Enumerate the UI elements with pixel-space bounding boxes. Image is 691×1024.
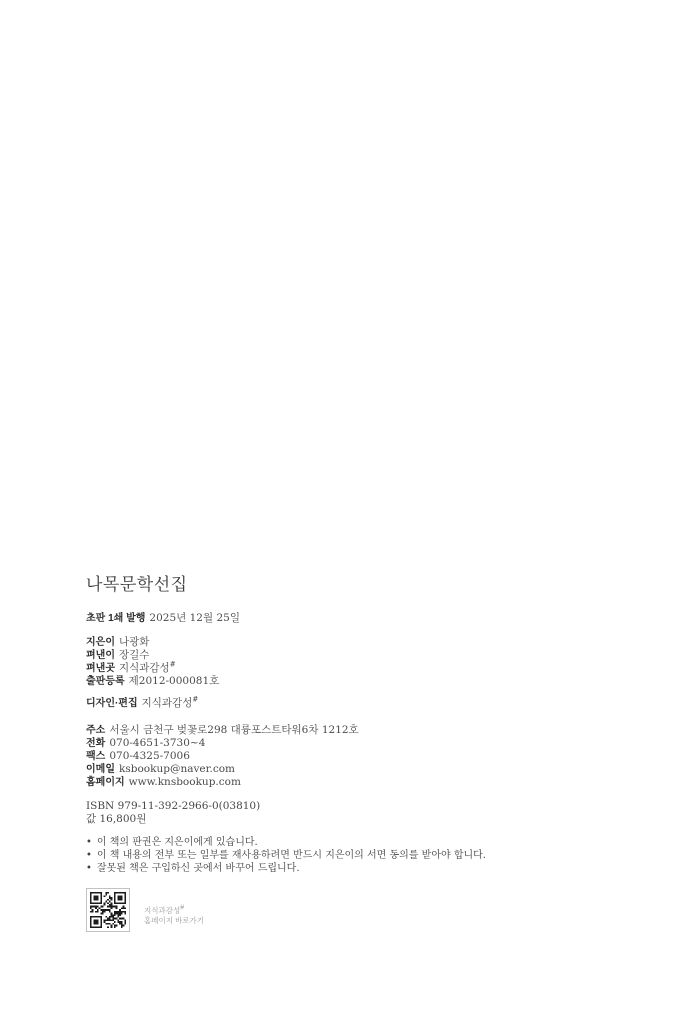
homepage-label: 홈페이지 bbox=[86, 777, 125, 788]
design-label: 디자인·편집 bbox=[86, 698, 138, 709]
notices-block: 이 책의 판권은 지은이에게 있습니다. 이 책 내용의 전부 또는 일부를 재… bbox=[86, 836, 486, 875]
credits-block: 지은이나광화 펴낸이장길수 펴낸곳지식과감성# 출판등록제2012-000081… bbox=[86, 636, 219, 688]
phone-label: 전화 bbox=[86, 738, 105, 749]
email-value: ksbookup@naver.com bbox=[119, 763, 235, 775]
edition-value: 2025년 12월 25일 bbox=[149, 612, 240, 624]
author-label: 지은이 bbox=[86, 637, 115, 648]
isbn-line: ISBN 979-11-392-2966-0(03810) bbox=[86, 800, 260, 813]
notice-reuse: 이 책 내용의 전부 또는 일부를 재사용하려면 반드시 지은이의 서면 동의를… bbox=[86, 849, 486, 862]
qr-caption-link-text: 홈페이지 바로가기 bbox=[144, 916, 204, 925]
design-value: 지식과감성 bbox=[142, 697, 193, 709]
phone-value: 070-4651-3730~4 bbox=[109, 737, 205, 749]
publishing-house-label: 펴낸곳 bbox=[86, 663, 115, 674]
contact-row-address: 주소서울시 금천구 벚꽃로298 대륭포스트타워6차 1212호 bbox=[86, 724, 359, 737]
contact-row-phone: 전화070-4651-3730~4 bbox=[86, 737, 359, 750]
colophon-page: 나목문학선집 초판 1쇄 발행2025년 12월 25일 지은이나광화 펴낸이장… bbox=[0, 0, 691, 1024]
registration-label: 출판등록 bbox=[86, 676, 125, 687]
fax-label: 팩스 bbox=[86, 751, 105, 762]
book-title: 나목문학선집 bbox=[86, 570, 188, 595]
isbn-block: ISBN 979-11-392-2966-0(03810) 값 16,800원 bbox=[86, 800, 260, 826]
credit-row-author: 지은이나광화 bbox=[86, 636, 219, 649]
notice-exchange: 잘못된 책은 구입하신 곳에서 바꾸어 드립니다. bbox=[86, 862, 486, 875]
publisher-person-label: 펴낸이 bbox=[86, 650, 115, 661]
design-line: 디자인·편집지식과감성# bbox=[86, 697, 198, 710]
design-mark: # bbox=[192, 696, 198, 704]
contact-block: 주소서울시 금천구 벚꽃로298 대륭포스트타워6차 1212호 전화070-4… bbox=[86, 724, 359, 789]
contact-row-email: 이메일ksbookup@naver.com bbox=[86, 763, 359, 776]
qr-code-image bbox=[90, 892, 126, 928]
price-line: 값 16,800원 bbox=[86, 813, 260, 826]
qr-caption-brand-mark: # bbox=[180, 905, 184, 912]
publishing-house-value: 지식과감성 bbox=[119, 662, 170, 674]
edition-line: 초판 1쇄 발행2025년 12월 25일 bbox=[86, 612, 240, 625]
credit-row-registration: 출판등록제2012-000081호 bbox=[86, 675, 219, 688]
fax-value: 070-4325-7006 bbox=[109, 750, 190, 762]
address-label: 주소 bbox=[86, 725, 105, 736]
author-value: 나광화 bbox=[119, 636, 149, 648]
qr-code bbox=[86, 888, 130, 932]
homepage-value: www.knsbookup.com bbox=[129, 776, 241, 788]
publisher-person-value: 장길수 bbox=[119, 649, 149, 661]
email-label: 이메일 bbox=[86, 764, 115, 775]
address-value: 서울시 금천구 벚꽃로298 대륭포스트타워6차 1212호 bbox=[109, 724, 358, 736]
registration-value: 제2012-000081호 bbox=[129, 675, 220, 687]
publishing-house-mark: # bbox=[170, 661, 176, 669]
contact-row-fax: 팩스070-4325-7006 bbox=[86, 750, 359, 763]
edition-label: 초판 1쇄 발행 bbox=[86, 613, 145, 624]
credit-row-publishing-house: 펴낸곳지식과감성# bbox=[86, 662, 219, 675]
qr-caption-brand: 지식과감성 bbox=[144, 906, 180, 915]
qr-caption: 지식과감성# 홈페이지 바로가기 bbox=[144, 906, 204, 926]
credit-row-publisher-person: 펴낸이장길수 bbox=[86, 649, 219, 662]
notice-copyright: 이 책의 판권은 지은이에게 있습니다. bbox=[86, 836, 486, 849]
contact-row-homepage: 홈페이지www.knsbookup.com bbox=[86, 776, 359, 789]
